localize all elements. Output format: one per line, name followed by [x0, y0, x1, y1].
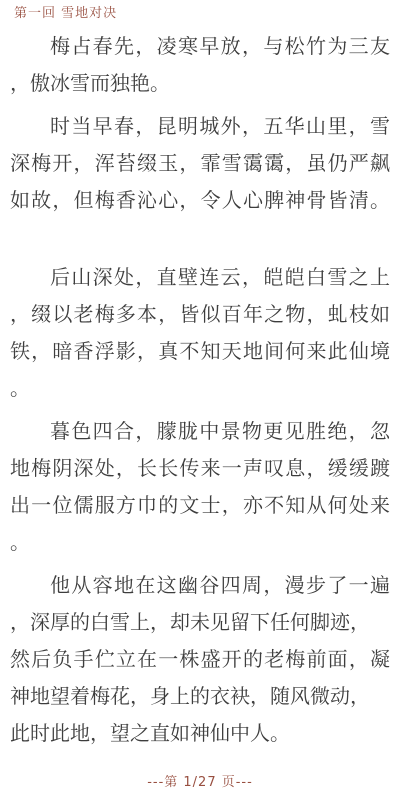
paragraph-5: 他从容地在这幽谷四周，漫步了一遍 ，深厚的白雪上，却未见留下任何脚迹， 然后负手…	[10, 567, 390, 752]
reader-screen: 第一回 雪地对决 梅占春先，凌寒早放，与松竹为三友 ，傲冰雪而独艳。 时当早春，…	[0, 0, 400, 800]
text-line: 。	[10, 524, 390, 561]
text-line: 暮色四合，朦胧中景物更见胜绝，忽	[10, 413, 390, 450]
text-line: 时当早春，昆明城外，五华山里，雪	[10, 108, 390, 145]
text-line: 此时此地，望之直如神仙中人。	[10, 715, 390, 752]
text-line: 然后负手伫立在一株盛开的老梅前面，凝	[10, 641, 390, 678]
text-line: 后山深处，直壁连云，皑皑白雪之上	[10, 259, 390, 296]
text-line: 他从容地在这幽谷四周，漫步了一遍	[10, 567, 390, 604]
paragraph-2: 时当早春，昆明城外，五华山里，雪 深梅开，浑苔缀玉，霏雪霭霭，虽仍严飙 如故，但…	[10, 108, 390, 219]
chapter-title: 第一回 雪地对决	[14, 6, 117, 22]
text-line: 出一位儒服方巾的文士，亦不知从何处来	[10, 487, 390, 524]
text-line: ，缀以老梅多本，皆似百年之物，虬枝如	[10, 296, 390, 333]
page-indicator: ---第 1/27 页---	[0, 775, 400, 791]
text-line: 如故，但梅香沁心，令人心脾神骨皆清。	[10, 182, 390, 219]
reading-area[interactable]: 梅占春先，凌寒早放，与松竹为三友 ，傲冰雪而独艳。 时当早春，昆明城外，五华山里…	[10, 28, 390, 758]
paragraph-1: 梅占春先，凌寒早放，与松竹为三友 ，傲冰雪而独艳。	[10, 28, 390, 102]
text-line: ，傲冰雪而独艳。	[10, 65, 390, 102]
text-line: 神地望着梅花，身上的衣袂，随风微动，	[10, 678, 390, 715]
text-line: 。	[10, 370, 390, 407]
text-line: ，深厚的白雪上，却未见留下任何脚迹，	[10, 604, 390, 641]
paragraph-3: 后山深处，直壁连云，皑皑白雪之上 ，缀以老梅多本，皆似百年之物，虬枝如 铁，暗香…	[10, 259, 390, 407]
text-line: 铁，暗香浮影，真不知天地间何来此仙境	[10, 333, 390, 370]
text-line: 梅占春先，凌寒早放，与松竹为三友	[10, 28, 390, 65]
text-line: 地梅阴深处，长长传来一声叹息，缓缓踱	[10, 450, 390, 487]
text-line: 深梅开，浑苔缀玉，霏雪霭霭，虽仍严飙	[10, 145, 390, 182]
paragraph-4: 暮色四合，朦胧中景物更见胜绝，忽 地梅阴深处，长长传来一声叹息，缓缓踱 出一位儒…	[10, 413, 390, 561]
